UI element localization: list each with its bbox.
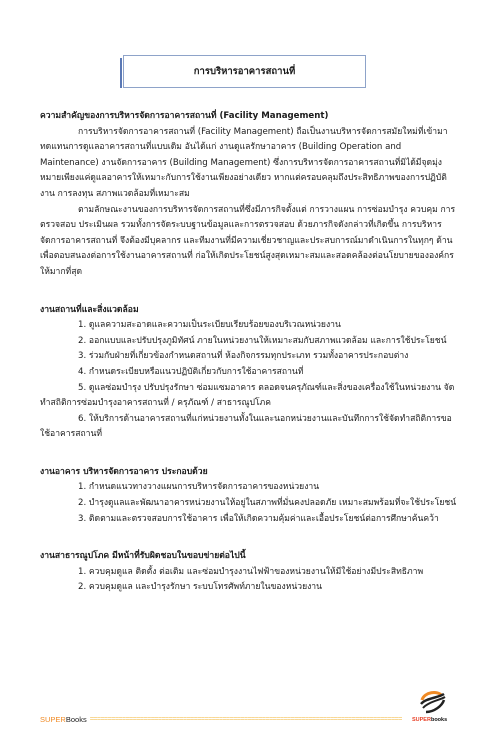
list-item: 4. กำหนดระเบียบหรือแนวปฏิบัติเกี่ยวกับกา… xyxy=(40,365,458,381)
section-heading-utilities: งานสาธารณูปโภค มีหน้าที่รับผิดชอบในขอบข่… xyxy=(40,549,458,565)
superbooks-logo: SUPERbooks xyxy=(412,688,452,728)
footer-brand-books: Books xyxy=(66,715,87,724)
book-swirl-icon xyxy=(412,688,452,718)
logo-super: SUPER xyxy=(412,717,431,723)
list-item: 6. ให้บริการด้านอาคารสถานที่แก่หน่วยงานท… xyxy=(40,412,458,443)
list-item: 2. บำรุงดูแลและพัฒนาอาคารหน่วยงานให้อยู่… xyxy=(40,496,458,512)
list-item: 5. ดูแลซ่อมบำรุง ปรับปรุงรักษา ซ่อมแซมอา… xyxy=(40,381,458,412)
footer-brand-super: SUPER xyxy=(40,715,66,724)
list-item: 2. ควบคุมดูแล และบำรุงรักษา ระบบโทรศัพท์… xyxy=(40,580,458,596)
list-item: 1. กำหนดแนวทางวางแผนการบริหารจัดการอาคาร… xyxy=(40,480,458,496)
page-footer: SUPERBooks =============================… xyxy=(40,712,460,726)
title-accent-bar xyxy=(120,58,122,88)
list-item: 1. ควบคุมดูแล ติดตั้ง ต่อเติม และซ่อมบำร… xyxy=(40,565,458,581)
footer-rule: ========================================… xyxy=(90,716,460,723)
logo-books: books xyxy=(431,717,447,723)
document-body: ความสำคัญของการบริหารจัดการอาคารสถานที่ … xyxy=(40,109,458,596)
page-title: การบริหารอาคารสถานที่ xyxy=(194,64,296,79)
section-heading-grounds: งานสถานที่และสิ่งแวดล้อม xyxy=(40,303,458,319)
intro-paragraph-1: การบริหารจัดการอาคารสถานที่ (Facility Ma… xyxy=(40,125,458,203)
list-item: 2. ออกแบบและปรับปรุงภูมิทัศน์ ภายในหน่วย… xyxy=(40,334,458,350)
intro-heading: ความสำคัญของการบริหารจัดการอาคารสถานที่ … xyxy=(40,109,458,125)
list-item: 3. ร่วมกับฝ่ายที่เกี่ยวข้องกำหนดสถานที่ … xyxy=(40,349,458,365)
section-heading-buildings: งานอาคาร บริหารจัดการอาคาร ประกอบด้วย xyxy=(40,465,458,481)
list-item: 1. ดูแลความสะอาดและความเป็นระเบียบเรียบร… xyxy=(40,318,458,334)
list-item: 3. ติดตามและตรวจสอบการใช้อาคาร เพื่อให้เ… xyxy=(40,512,458,528)
intro-paragraph-2: ตามลักษณะงานของการบริหารจัดการสถานที่ซึ่… xyxy=(40,203,458,281)
page-title-box: การบริหารอาคารสถานที่ xyxy=(123,55,366,88)
